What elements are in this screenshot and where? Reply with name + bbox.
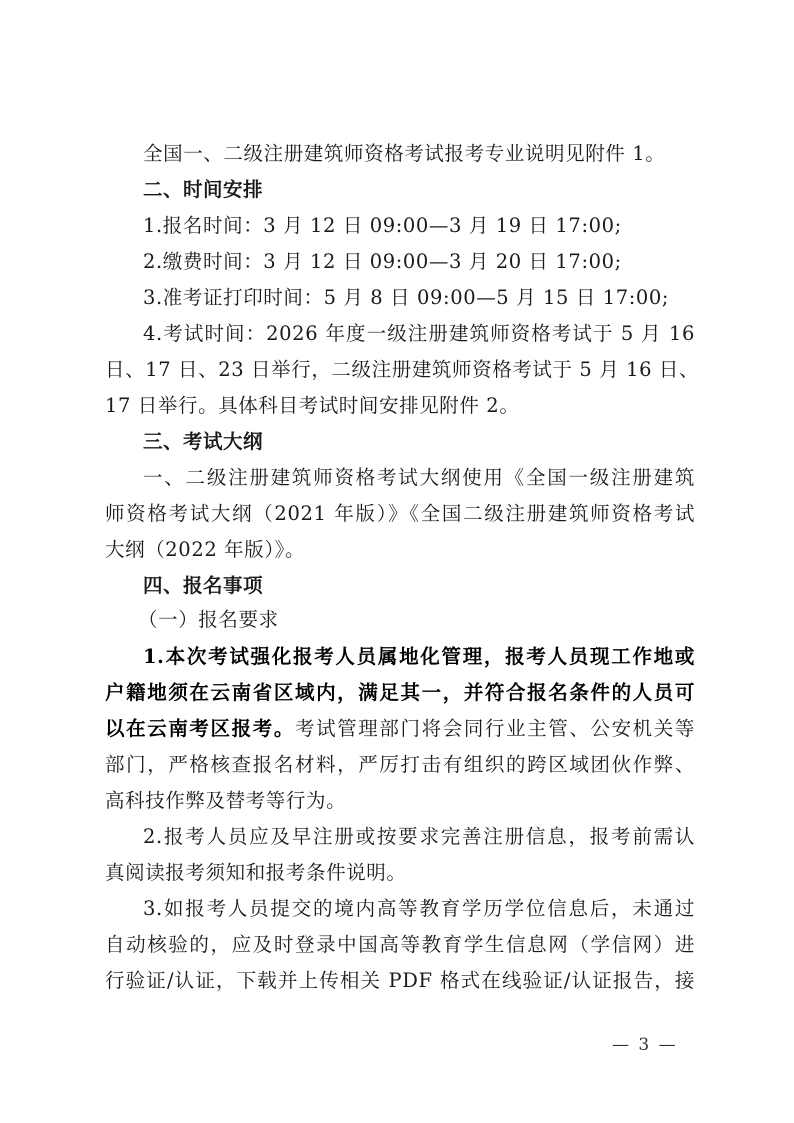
requirement-1-emphasis: 1.本次考试强化报考人员属地化管理，报考人员现工作地或 (143, 645, 695, 669)
paragraph-line: 一、二级注册建筑师资格考试大纲使用《全国一级注册建筑 (143, 466, 695, 490)
requirement-1-emphasis-end: 以在云南考区报考。 (105, 717, 295, 740)
subsection-heading-requirements: （一）报名要求 (138, 608, 690, 632)
paragraph-line: 17 日举行。具体科目考试时间安排见附件 2。 (105, 394, 695, 418)
section-heading-syllabus: 三、考试大纲 (143, 430, 695, 454)
paragraph-line: 全国一、二级注册建筑师资格考试报考专业说明见附件 1。 (143, 142, 695, 166)
schedule-item-admission-ticket: 3.准考证打印时间：5 月 8 日 09:00—5 月 15 日 17:00; (143, 286, 695, 310)
paragraph-line: 部门，严格核查报名材料，严厉打击有组织的跨区域团伙作弊、 (105, 753, 695, 777)
paragraph-line: 自动核验的，应及时登录中国高等教育学生信息网（学信网）进 (105, 933, 695, 957)
paragraph-line: 行验证/认证，下载并上传相关 PDF 格式在线验证/认证报告，接 (105, 969, 695, 993)
section-heading-registration: 四、报名事项 (143, 574, 695, 598)
paragraph-line: 高科技作弊及替考等行为。 (105, 789, 695, 813)
paragraph-text: 考试管理部门将会同行业主管、公安机关等 (295, 717, 695, 740)
paragraph-line: 师资格考试大纲（2021 年版）》《全国二级注册建筑师资格考试 (105, 502, 695, 526)
schedule-item-registration: 1.报名时间：3 月 12 日 09:00—3 月 19 日 17:00; (143, 214, 695, 238)
document-page: 全国一、二级注册建筑师资格考试报考专业说明见附件 1。 二、时间安排 1.报名时… (0, 0, 794, 1123)
page-number: — 3 — (612, 1035, 678, 1055)
paragraph-line: 真阅读报考须知和报考条件说明。 (105, 861, 695, 885)
section-heading-schedule: 二、时间安排 (143, 178, 695, 202)
paragraph-line: 以在云南考区报考。考试管理部门将会同行业主管、公安机关等 (105, 717, 695, 741)
requirement-1-emphasis: 户籍地须在云南省区域内，满足其一，并符合报名条件的人员可 (105, 681, 695, 705)
paragraph-line: 日、17 日、23 日举行，二级注册建筑师资格考试于 5 月 16 日、 (105, 358, 695, 382)
schedule-item-exam-time: 4.考试时间：2026 年度一级注册建筑师资格考试于 5 月 16 (143, 322, 695, 346)
paragraph-line: 大纲（2022 年版）》。 (105, 538, 695, 562)
requirement-3: 3.如报考人员提交的境内高等教育学历学位信息后，未通过 (143, 897, 695, 921)
schedule-item-payment: 2.缴费时间：3 月 12 日 09:00—3 月 20 日 17:00; (143, 250, 695, 274)
requirement-2: 2.报考人员应及早注册或按要求完善注册信息，报考前需认 (143, 825, 695, 849)
